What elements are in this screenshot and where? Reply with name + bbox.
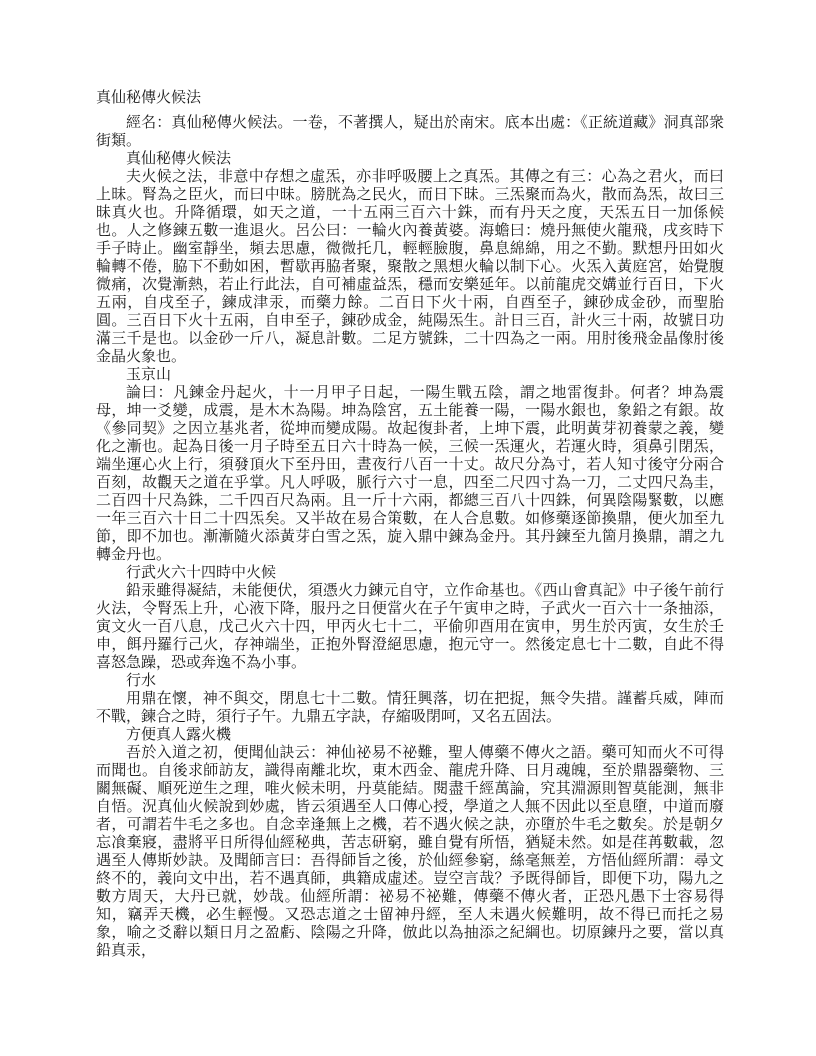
paragraph-yujingshan: 論曰：凡鍊金丹起火，十一月甲子日起，一陽生戰五陰，謂之地雷復卦。何者？坤為震母，… — [96, 384, 724, 564]
section-heading-wuhuo: 行武火六十四時中火候 — [96, 564, 724, 582]
section-heading-xingshui: 行水 — [96, 672, 724, 690]
paragraph-fire-phasing: 夫火候之法，非意中存想之虛炁，亦非呼吸腰上之真炁。其傳之有三：心為之君火，而曰上… — [96, 168, 724, 366]
document-title: 真仙秘傳火候法 — [96, 89, 724, 107]
section-heading-fangbian: 方便真人露火機 — [96, 726, 724, 744]
paragraph-wuhuo: 鉛汞雖得凝結，未能便伏，須憑火力鍊元自守，立作命基也。《西山會真記》中子後午前行… — [96, 582, 724, 672]
paragraph-xingshui: 用鼎在懷，神不與交，閉息七十二數。情狂興落，切在把捉，無令失措。謹蓄兵威，陣而不… — [96, 690, 724, 726]
colophon-paragraph: 經名：真仙秘傳火候法。一卷，不著撰人，疑出於南宋。底本出處：《正統道藏》洞真部衆… — [96, 114, 724, 150]
document-page: 真仙秘傳火候法 經名：真仙秘傳火候法。一卷，不著撰人，疑出於南宋。底本出處：《正… — [96, 89, 724, 960]
paragraph-fangbian: 吾於入道之初，便聞仙訣云：神仙祕易不祕難，聖人傳藥不傳火之語。藥可知而火不可得而… — [96, 744, 724, 960]
section-heading-main: 真仙秘傳火候法 — [96, 150, 724, 168]
section-heading-yujingshan: 玉京山 — [96, 366, 724, 384]
